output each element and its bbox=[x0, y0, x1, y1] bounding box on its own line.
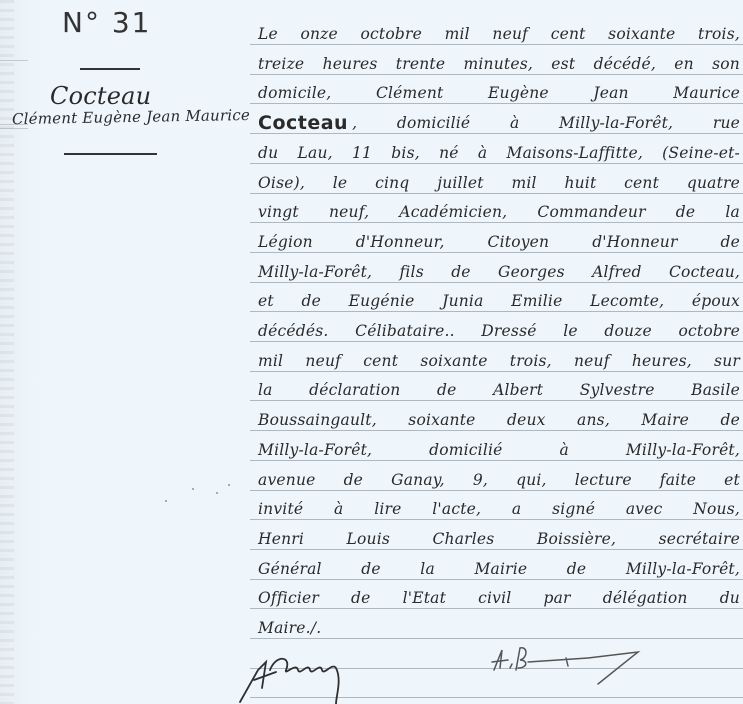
certificate-line-text: Officier de l'Etat civil par délégation … bbox=[258, 589, 740, 607]
certificate-line-text: Henri Louis Charles Boissière, secrétair… bbox=[258, 530, 740, 548]
certificate-line: Maire./. bbox=[258, 619, 740, 637]
ruled-line bbox=[250, 341, 743, 342]
certificate-line: du Lau, 11 bis, né à Maisons-Laffitte, (… bbox=[258, 144, 740, 162]
ruled-line bbox=[250, 549, 743, 550]
certificate-line: Milly-la-Forêt, domicilié à Milly-la-For… bbox=[258, 441, 740, 459]
certificate-line-text: Maire./. bbox=[258, 619, 740, 637]
certificate-line: avenue de Ganay, 9, qui, lecture faite e… bbox=[258, 471, 740, 489]
certificate-line-text: Le onze octobre mil neuf cent soixante t… bbox=[258, 25, 740, 43]
body-surname: Cocteau bbox=[258, 114, 348, 132]
certificate-line-text: invité à lire l'acte, a signé avec Nous, bbox=[258, 500, 740, 518]
certificate-line-text: Boussaingault, soixante deux ans, Maire … bbox=[258, 411, 740, 429]
certificate-line: Général de la Mairie de Milly-la-Forêt, bbox=[258, 560, 740, 578]
margin-surname: Cocteau bbox=[50, 82, 151, 110]
certificate-line-text: et de Eugénie Junia Emilie Lecomte, épou… bbox=[258, 292, 740, 310]
margin-rule-fragment bbox=[0, 128, 28, 129]
ruled-line bbox=[250, 490, 743, 491]
margin-rule-fragment bbox=[0, 60, 28, 61]
certificate-line-text: du Lau, 11 bis, né à Maisons-Laffitte, (… bbox=[258, 144, 740, 162]
certificate-line-text: vingt neuf, Académicien, Commandeur de l… bbox=[258, 203, 740, 221]
page-binding-edge bbox=[0, 0, 14, 704]
certificate-line: la déclaration de Albert Sylvestre Basil… bbox=[258, 381, 740, 399]
certificate-line: Cocteau, domicilié à Milly-la-Forêt, rue bbox=[258, 114, 740, 132]
certificate-line-text: , domicilié à Milly-la-Forêt, rue bbox=[352, 114, 740, 132]
ruled-line bbox=[250, 311, 743, 312]
ruled-line bbox=[250, 460, 743, 461]
ruled-line bbox=[250, 579, 743, 580]
certificate-line: treize heures trente minutes, est décédé… bbox=[258, 55, 740, 73]
ruled-line bbox=[250, 74, 743, 75]
certificate-line: décédés. Célibataire.. Dressé le douze o… bbox=[258, 322, 740, 340]
ruled-line bbox=[250, 163, 743, 164]
certificate-line-text: treize heures trente minutes, est décédé… bbox=[258, 55, 740, 73]
ruled-line bbox=[250, 44, 743, 45]
ruled-line bbox=[250, 371, 743, 372]
margin-given-names: Clément Eugène Jean Maurice bbox=[12, 106, 250, 128]
certificate-line: Milly-la-Forêt, fils de Georges Alfred C… bbox=[258, 263, 740, 281]
signature-officer bbox=[488, 640, 648, 690]
certificate-line: Henri Louis Charles Boissière, secrétair… bbox=[258, 530, 740, 548]
certificate-line: Boussaingault, soixante deux ans, Maire … bbox=[258, 411, 740, 429]
certificate-line-text: Milly-la-Forêt, domicilié à Milly-la-For… bbox=[258, 441, 740, 459]
ruled-line bbox=[250, 103, 743, 104]
margin-name-underline bbox=[64, 153, 157, 155]
certificate-line: Légion d'Honneur, Citoyen d'Honneur de bbox=[258, 233, 740, 251]
certificate-line-text: Général de la Mairie de Milly-la-Forêt, bbox=[258, 560, 740, 578]
certificate-line-text: la déclaration de Albert Sylvestre Basil… bbox=[258, 381, 740, 399]
certificate-line-text: Oise), le cinq juillet mil huit cent qua… bbox=[258, 174, 740, 192]
scan-speck bbox=[228, 484, 230, 486]
register-page: N° 31 Cocteau Clément Eugène Jean Mauric… bbox=[0, 0, 743, 704]
ruled-line bbox=[250, 400, 743, 401]
certificate-line: invité à lire l'acte, a signé avec Nous, bbox=[258, 500, 740, 518]
certificate-line: domicile, Clément Eugène Jean Maurice bbox=[258, 84, 740, 102]
ruled-line bbox=[250, 608, 743, 609]
ruled-line bbox=[250, 519, 743, 520]
signature-declarant bbox=[236, 640, 386, 704]
certificate-line: mil neuf cent soixante trois, neuf heure… bbox=[258, 352, 740, 370]
certificate-line: vingt neuf, Académicien, Commandeur de l… bbox=[258, 203, 740, 221]
certificate-line-text: décédés. Célibataire.. Dressé le douze o… bbox=[258, 322, 740, 340]
certificate-line: Oise), le cinq juillet mil huit cent qua… bbox=[258, 174, 740, 192]
ruled-line bbox=[250, 638, 743, 639]
ruled-line bbox=[250, 193, 743, 194]
certificate-line: et de Eugénie Junia Emilie Lecomte, épou… bbox=[258, 292, 740, 310]
scan-speck bbox=[192, 488, 194, 490]
certificate-line-text: avenue de Ganay, 9, qui, lecture faite e… bbox=[258, 471, 740, 489]
certificate-line: Officier de l'Etat civil par délégation … bbox=[258, 589, 740, 607]
certificate-line-text: mil neuf cent soixante trois, neuf heure… bbox=[258, 352, 740, 370]
ruled-line bbox=[250, 222, 743, 223]
scan-speck bbox=[165, 500, 167, 502]
certificate-line-text: domicile, Clément Eugène Jean Maurice bbox=[258, 84, 740, 102]
act-number-underline bbox=[80, 68, 140, 70]
certificate-line-text: Légion d'Honneur, Citoyen d'Honneur de bbox=[258, 233, 740, 251]
ruled-line bbox=[250, 252, 743, 253]
certificate-line: Le onze octobre mil neuf cent soixante t… bbox=[258, 25, 740, 43]
ruled-line bbox=[250, 430, 743, 431]
ruled-line bbox=[250, 282, 743, 283]
certificate-line-text: Milly-la-Forêt, fils de Georges Alfred C… bbox=[258, 263, 740, 281]
scan-speck bbox=[216, 492, 218, 494]
act-number: N° 31 bbox=[62, 6, 151, 39]
